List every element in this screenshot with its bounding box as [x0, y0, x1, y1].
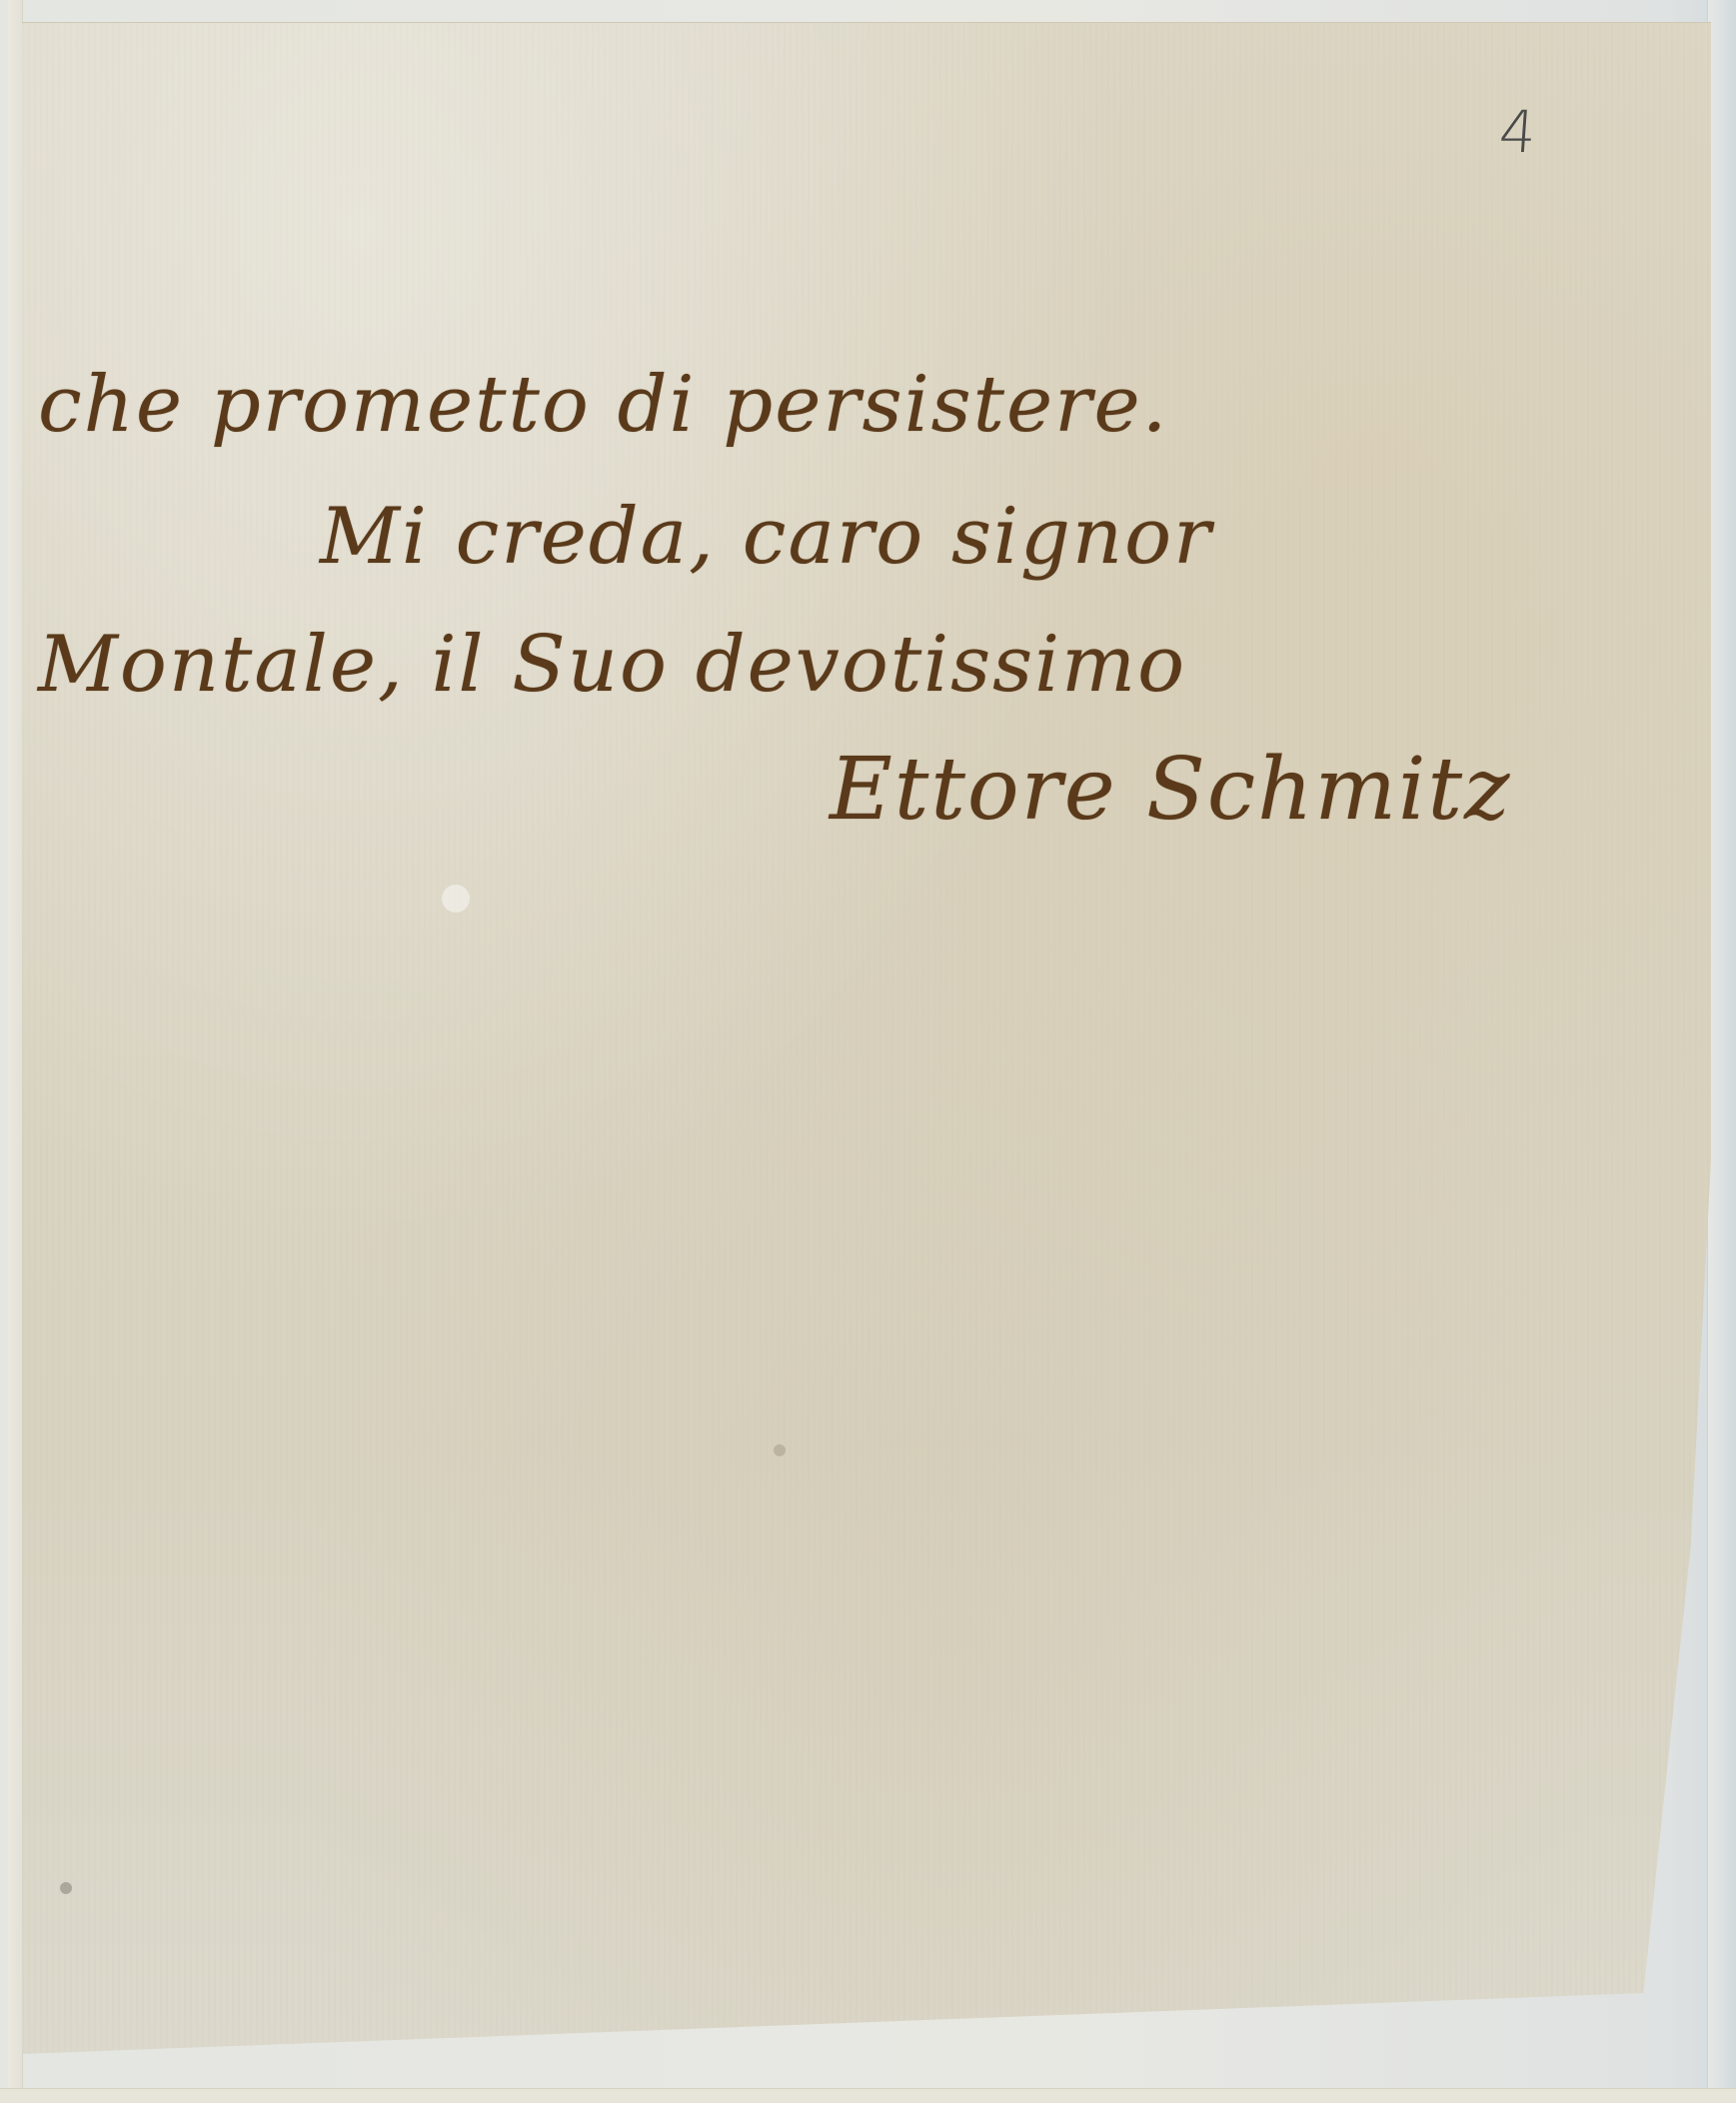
archival-mount-board: 4 che prometto di persistere. Mi creda, …	[0, 0, 1736, 2103]
page-number: 4	[1497, 98, 1539, 166]
mount-edge-bottom	[0, 2088, 1736, 2103]
handwritten-line-1: che prometto di persistere.	[38, 360, 1168, 450]
mount-edge-right	[1707, 0, 1736, 2103]
paper-blemish	[442, 885, 470, 913]
paper-blemish	[60, 1882, 72, 1894]
paper-blemish	[774, 1444, 786, 1456]
mount-edge-left	[8, 0, 23, 2103]
letter-sheet	[22, 22, 1711, 2054]
handwritten-line-3: Montale, il Suo devotissimo	[38, 620, 1186, 710]
signature: Ettore Schmitz	[830, 740, 1511, 840]
handwritten-line-2: Mi creda, caro signor	[320, 492, 1212, 582]
